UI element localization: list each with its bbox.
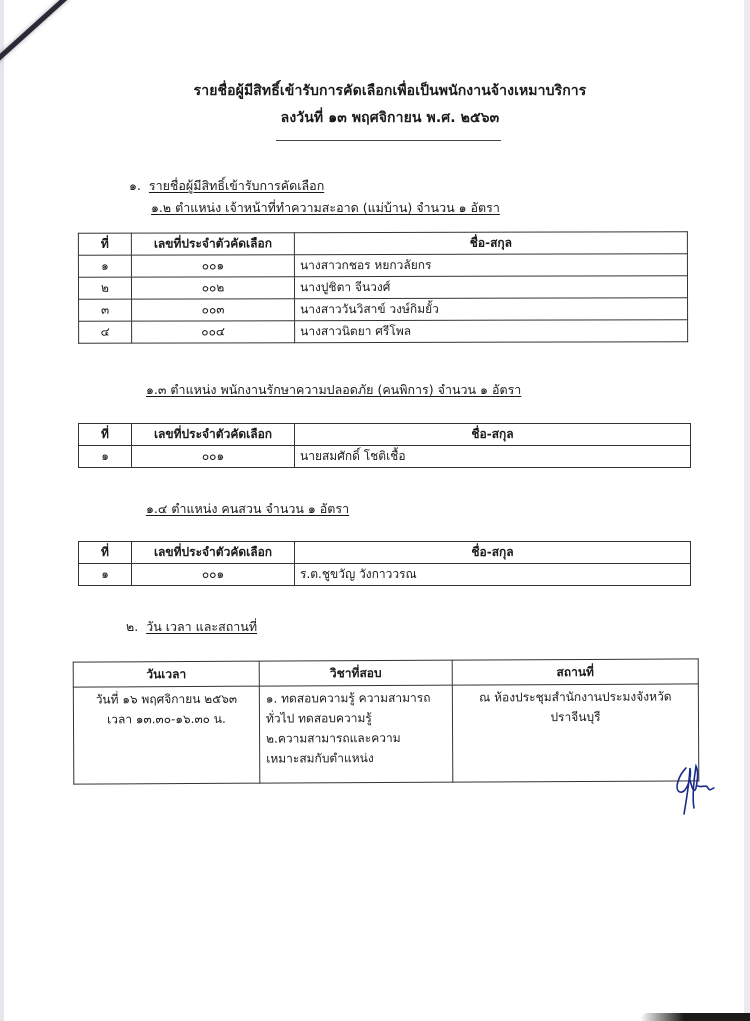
table-header-row: ที่ เลขที่ประจำตัวคัดเลือก ชื่อ-สกุล	[79, 424, 691, 446]
col-header-no: ที่	[79, 542, 132, 564]
cell-id: ๐๐๑	[131, 255, 294, 277]
document-page: รายชื่อผู้มีสิทธิ์เข้ารับการคัดเลือกเพื่…	[0, 0, 750, 1021]
title-divider	[276, 140, 501, 141]
place-line: ปราจีนบุรี	[459, 706, 692, 727]
col-header-name: ชื่อ-สกุล	[294, 232, 687, 255]
page-edge-right	[744, 0, 750, 1021]
section-title: วัน เวลา และสถานที่	[146, 619, 257, 634]
cell-id: ๐๐๑	[132, 564, 295, 586]
signature-icon	[672, 758, 718, 822]
col-header-no: ที่	[79, 424, 132, 446]
cell-name: ร.ต.ชูขวัญ วังกาววรณ	[295, 564, 691, 586]
col-header-no: ที่	[78, 233, 131, 255]
cell-name: นางสาวกชอร หยกวลัยกร	[294, 254, 687, 277]
position-1-3-heading: ๑.๓ ตำแหน่ง พนักงานรักษาความปลอดภัย (คนพ…	[146, 380, 521, 400]
cell-name: นายสมศักดิ์ โชติเชื้อ	[295, 446, 691, 468]
section-1-heading: ๑. รายชื่อผู้มีสิทธิ์เข้ารับการคัดเลือก	[129, 176, 324, 196]
table-row: ๑ ๐๐๑ นายสมศักดิ์ โชติเชื้อ	[79, 446, 691, 468]
cell-subject: ๑. ทดสอบความรู้ ความสามารถ ทั่วไป ทดสอบค…	[259, 685, 453, 783]
cell-no: ๑	[78, 255, 131, 277]
cell-place: ณ ห้องประชุมสำนักงานประมงจังหวัด ปราจีนบ…	[452, 684, 699, 782]
pen-stroke	[0, 0, 115, 64]
section-number: ๑.	[129, 178, 141, 193]
cell-name: นางปูชิตา จีนวงศ์	[294, 276, 687, 299]
table-row: วันที่ ๑๖ พฤศจิกายน ๒๕๖๓ เวลา ๑๓.๓๐-๑๖.๓…	[73, 684, 698, 784]
table-row: ๒ ๐๐๒ นางปูชิตา จีนวงศ์	[78, 276, 687, 300]
cell-no: ๒	[78, 277, 131, 299]
cell-id: ๐๐๒	[131, 277, 294, 299]
col-header-name: ชื่อ-สกุล	[295, 424, 691, 446]
cell-id: ๐๐๔	[132, 321, 295, 343]
cell-no: ๑	[79, 564, 132, 586]
subject-line: เหมาะสมกับตำแหน่ง	[266, 748, 446, 769]
col-header-subject: วิชาที่สอบ	[259, 660, 452, 686]
document-title: รายชื่อผู้มีสิทธิ์เข้ารับการคัดเลือกเพื่…	[0, 80, 750, 102]
table-header-row: วันเวลา วิชาที่สอบ สถานที่	[73, 659, 698, 687]
table-header-row: ที่ เลขที่ประจำตัวคัดเลือก ชื่อ-สกุล	[79, 542, 691, 564]
candidates-table-security: ที่ เลขที่ประจำตัวคัดเลือก ชื่อ-สกุล ๑ ๐…	[78, 423, 691, 468]
cell-id: ๐๐๑	[132, 446, 295, 468]
candidates-table-gardener: ที่ เลขที่ประจำตัวคัดเลือก ชื่อ-สกุล ๑ ๐…	[78, 541, 691, 586]
place-line: ณ ห้องประชุมสำนักงานประมงจังหวัด	[459, 686, 692, 707]
cell-no: ๔	[79, 321, 132, 343]
section-title: รายชื่อผู้มีสิทธิ์เข้ารับการคัดเลือก	[149, 178, 324, 193]
table-header-row: ที่ เลขที่ประจำตัวคัดเลือก ชื่อ-สกุล	[78, 232, 687, 256]
subject-line: ทั่วไป ทดสอบความรู้	[266, 708, 446, 729]
page-edge-left	[0, 0, 4, 1021]
cell-name: นางสาววันวิสาข์ วงษ์กิมยั้ว	[295, 298, 688, 321]
cell-id: ๐๐๓	[132, 299, 295, 321]
background-object	[640, 1013, 750, 1021]
position-1-2-heading: ๑.๒ ตำแหน่ง เจ้าหน้าที่ทำความสะอาด (แม่บ…	[151, 198, 500, 218]
cell-datetime: วันที่ ๑๖ พฤศจิกายน ๒๕๖๓ เวลา ๑๓.๓๐-๑๖.๓…	[73, 686, 260, 784]
table-row: ๑ ๐๐๑ นางสาวกชอร หยกวลัยกร	[78, 254, 687, 278]
exam-time: เวลา ๑๓.๓๐-๑๖.๓๐ น.	[80, 709, 253, 730]
cell-name: นางสาวนิตยา ศรีโพล	[295, 320, 688, 343]
cell-no: ๓	[79, 299, 132, 321]
section-2-heading: ๒. วัน เวลา และสถานที่	[126, 617, 257, 637]
table-row: ๓ ๐๐๓ นางสาววันวิสาข์ วงษ์กิมยั้ว	[79, 298, 688, 322]
subject-line: ๒.ความสามารถและความ	[266, 728, 446, 749]
col-header-name: ชื่อ-สกุล	[295, 542, 691, 564]
subject-line: ๑. ทดสอบความรู้ ความสามารถ	[266, 688, 446, 709]
col-header-id: เลขที่ประจำตัวคัดเลือก	[132, 424, 295, 446]
col-header-datetime: วันเวลา	[73, 661, 259, 687]
position-1-4-heading: ๑.๔ ตำแหน่ง คนสวน จำนวน ๑ อัตรา	[146, 499, 349, 519]
schedule-table: วันเวลา วิชาที่สอบ สถานที่ วันที่ ๑๖ พฤศ…	[73, 658, 700, 784]
col-header-id: เลขที่ประจำตัวคัดเลือก	[131, 233, 294, 255]
table-row: ๑ ๐๐๑ ร.ต.ชูขวัญ วังกาววรณ	[79, 564, 691, 586]
section-number: ๒.	[126, 619, 138, 634]
candidates-table-housekeeper: ที่ เลขที่ประจำตัวคัดเลือก ชื่อ-สกุล ๑ ๐…	[78, 231, 688, 344]
cell-no: ๑	[79, 446, 132, 468]
col-header-place: สถานที่	[452, 659, 698, 685]
table-row: ๔ ๐๐๔ นางสาวนิตยา ศรีโพล	[79, 320, 688, 344]
document-date: ลงวันที่ ๑๓ พฤศจิกายน พ.ศ. ๒๕๖๓	[0, 107, 750, 129]
col-header-id: เลขที่ประจำตัวคัดเลือก	[132, 542, 295, 564]
exam-date: วันที่ ๑๖ พฤศจิกายน ๒๕๖๓	[80, 689, 253, 710]
